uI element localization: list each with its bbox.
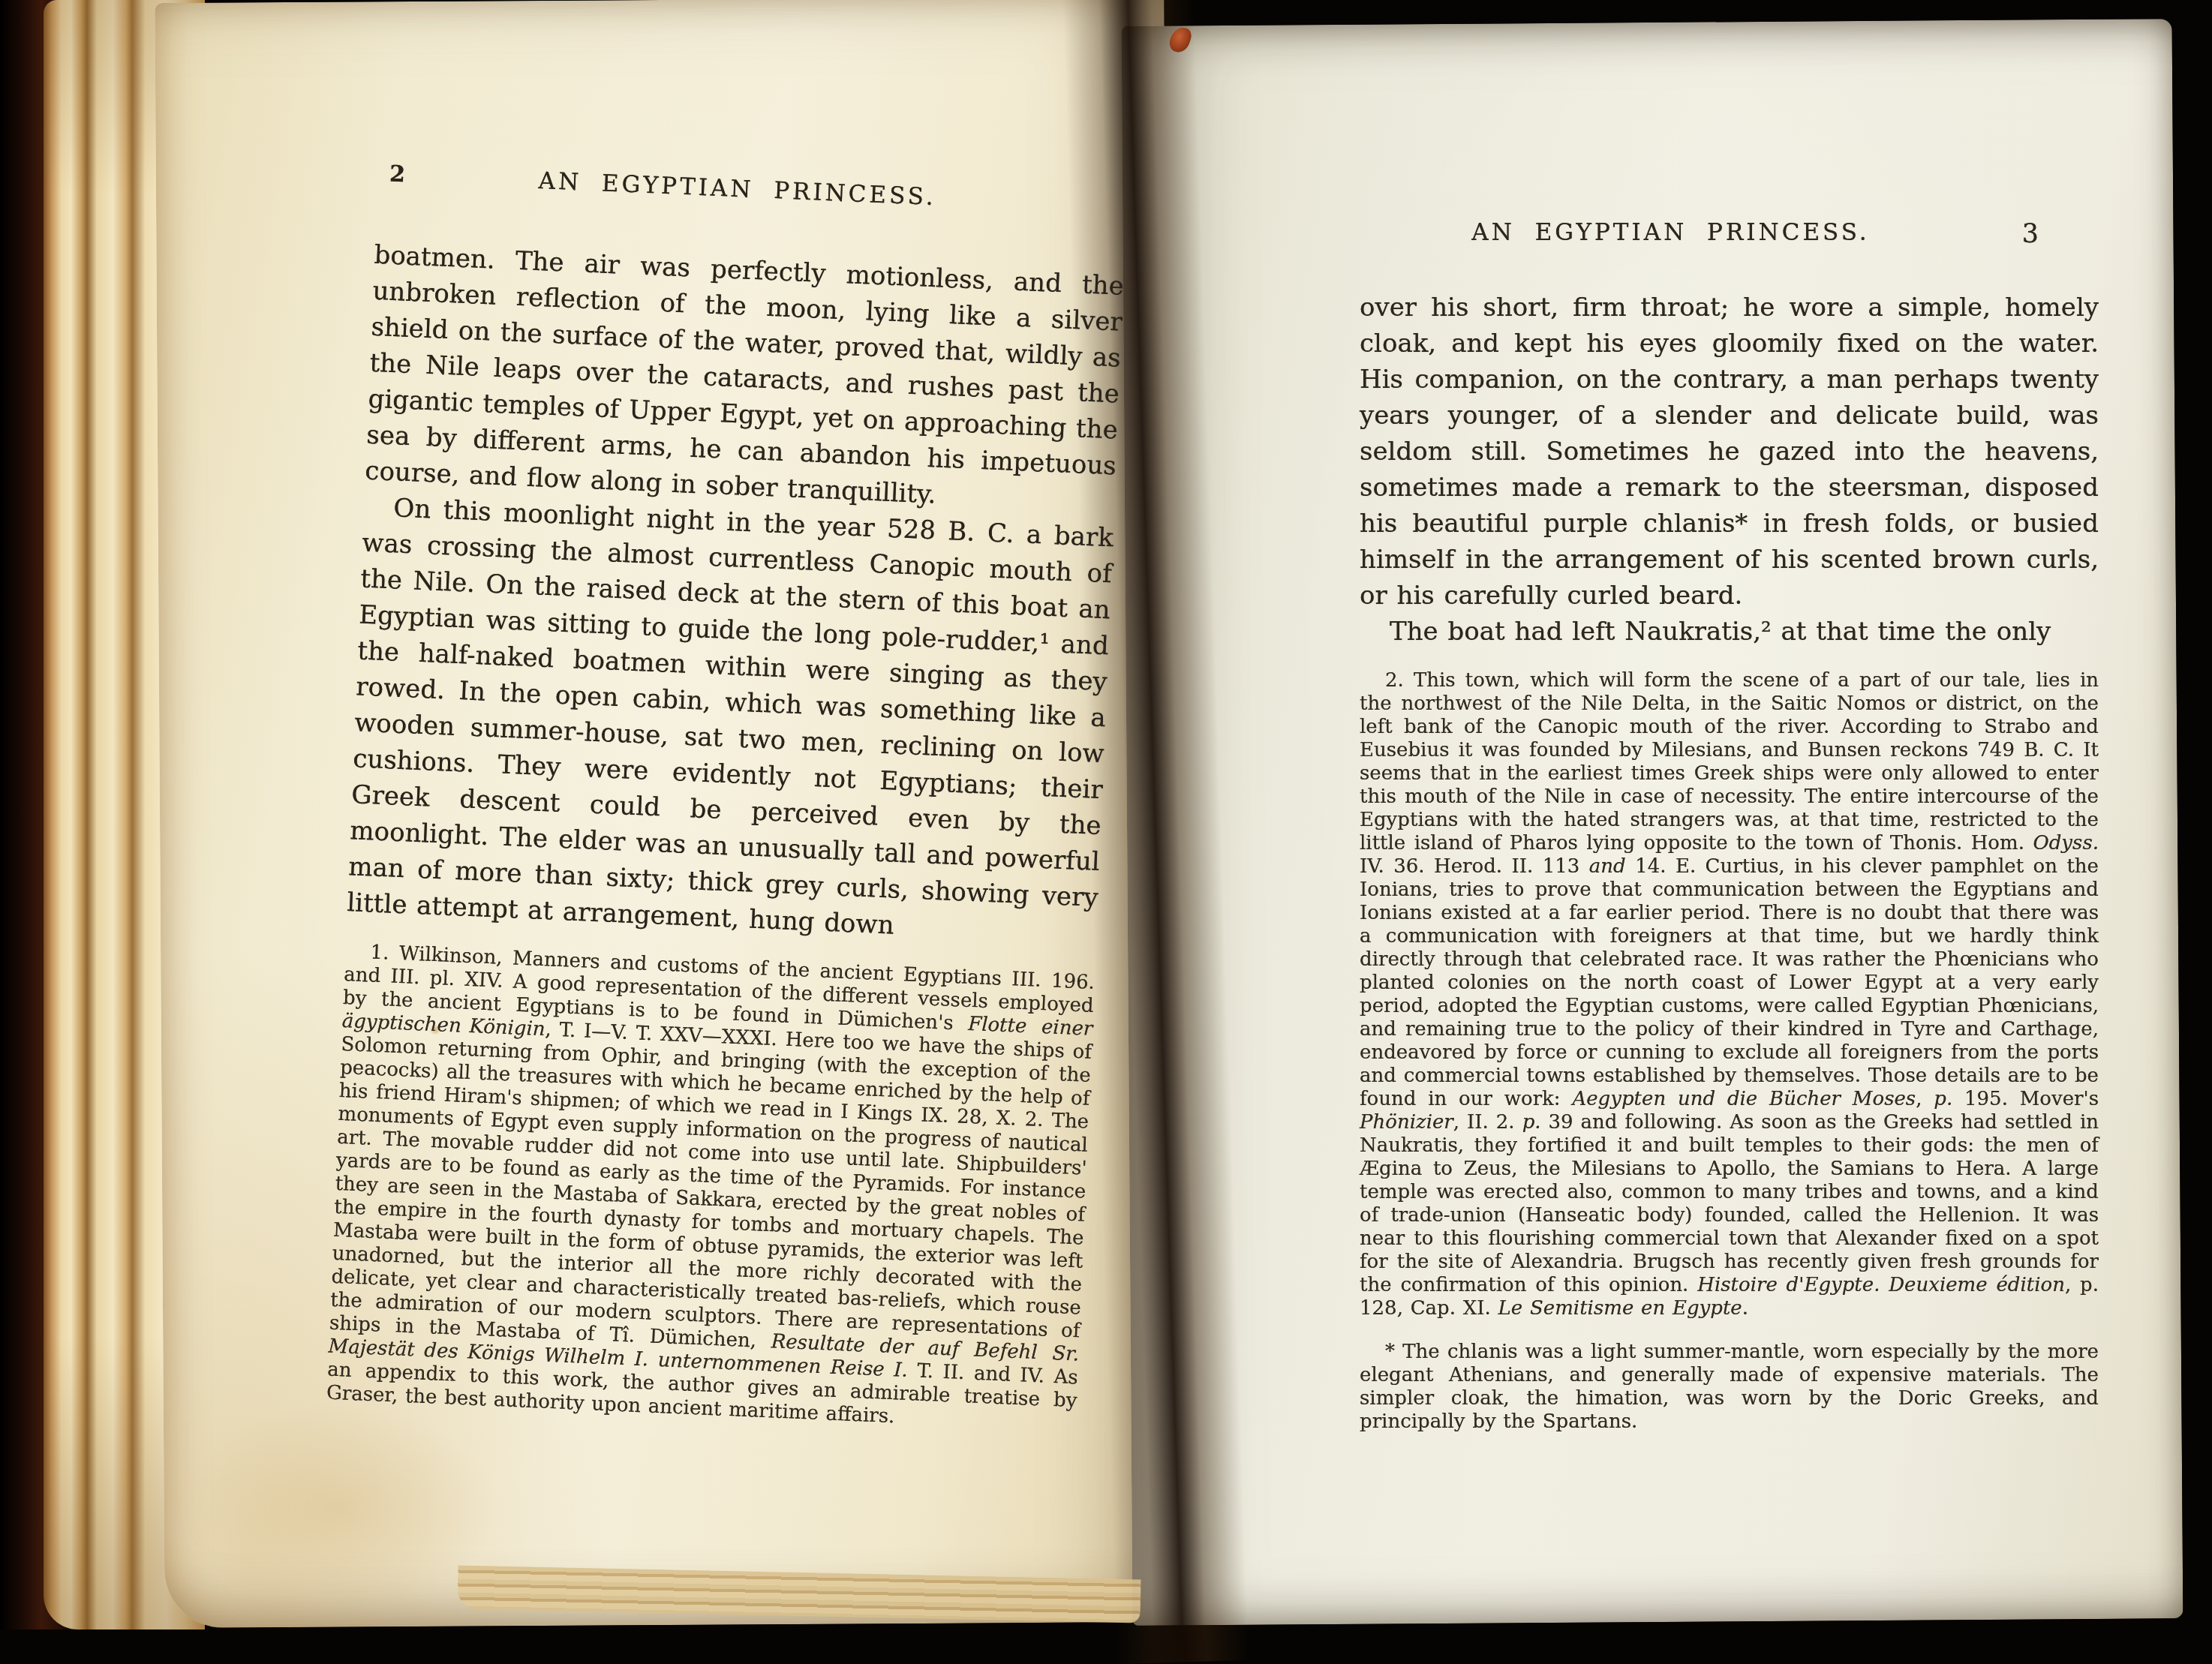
running-head-left: AN EGYPTIAN PRINCESS. [538,167,936,211]
page-number-right: 3 [2022,219,2039,249]
footnote-1: 1. Wilkinson, Manners and customs of the… [326,940,1095,1436]
footnote-star: * The chlanis was a light summer-mantle,… [1360,1341,2099,1434]
right-running-head-row: AN EGYPTIAN PRINCESS. 3 [1360,219,2099,252]
footnote-2: 2. This town, which will form the scene … [1360,669,2099,1320]
book-scan: 2 AN EGYPTIAN PRINCESS. boatmen. The air… [0,0,2212,1629]
left-paragraph-1: boatmen. The air was perfectly motionles… [365,237,1125,521]
corner-stain [176,1403,499,1613]
running-head-right: AN EGYPTIAN PRINCESS. [1471,219,1869,246]
left-running-head-row: 2 AN EGYPTIAN PRINCESS. [377,161,1128,225]
left-paragraph-2: On this moonlight night in the year 528 … [346,489,1114,952]
right-page-content: AN EGYPTIAN PRINCESS. 3 over his short, … [1360,219,2099,1434]
left-page-content: 2 AN EGYPTIAN PRINCESS. boatmen. The air… [326,141,1129,1436]
right-paragraph-1: over his short, firm throat; he wore a s… [1360,290,2099,614]
right-paragraph-2: The boat had left Naukratis,² at that ti… [1360,614,2099,650]
page-number-left: 2 [389,161,405,188]
